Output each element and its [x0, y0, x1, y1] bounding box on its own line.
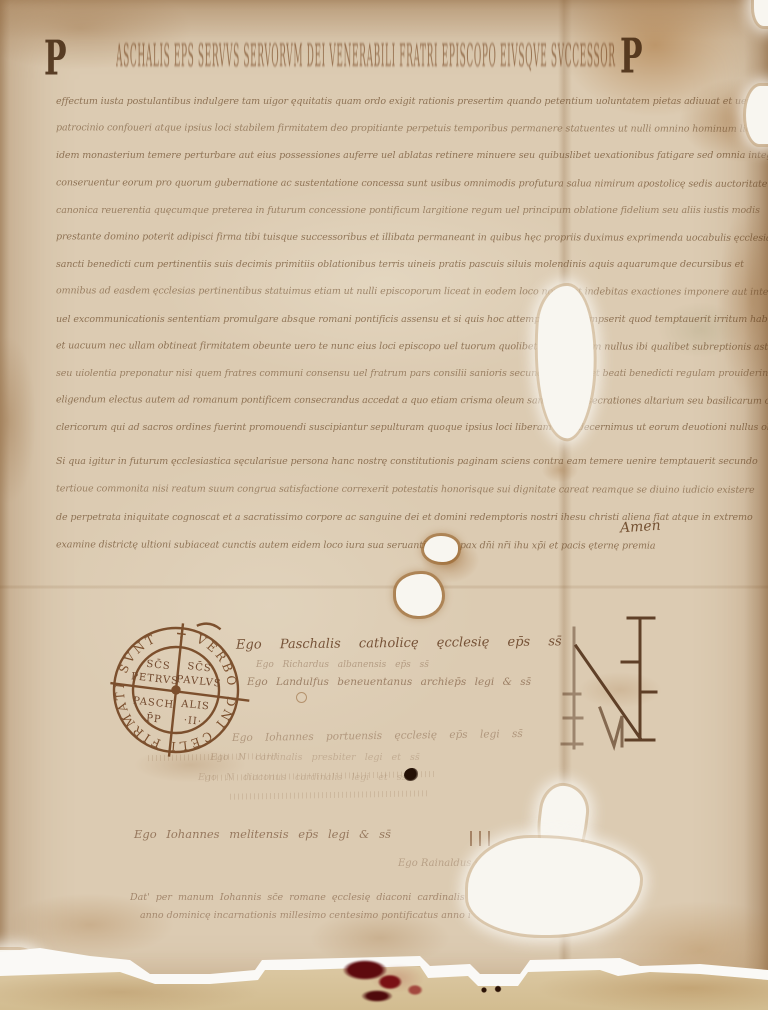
- manuscript-line: eligendum electus autem ad romanum ponti…: [56, 386, 706, 415]
- manuscript-line: Si qua igitur in futurum ęcclesiastica s…: [56, 448, 706, 476]
- monogram-small-strokes: [600, 708, 622, 746]
- subscription-line: Ego Rainaldus ss̄: [398, 858, 485, 869]
- manuscript-line: canonica reuerentia quęcumque preterea i…: [56, 197, 706, 224]
- datum-line: anno dominicę incarnationis millesimo ce…: [140, 910, 470, 921]
- rota-quadrant-bl-top: PASCH: [132, 696, 174, 711]
- rota-quadrant-bl-bottom: P̄P: [146, 712, 163, 725]
- parchment-hole: [424, 536, 458, 562]
- rota-wheel: ✛ VERBO DNI CELI FIRMATI SVNT SC̄S PETRV…: [100, 614, 252, 766]
- benevalete-monogram: [556, 598, 668, 774]
- manuscript-line: seu uiolentia preponatur nisi quem fratr…: [56, 360, 706, 387]
- manuscript-line: clericorum qui ad sacros ordines fuerint…: [56, 414, 706, 441]
- body-text-block-1: effectum iusta postulantibus indulgere t…: [56, 88, 706, 441]
- manuscript-line: patrocinio confoueri atque ipsius loci s…: [56, 115, 706, 144]
- rota-quadrant-tl-top: SC̄S: [146, 658, 171, 672]
- manuscript-line: uel excommunicationis sententiam promulg…: [56, 306, 706, 333]
- monogram-left-stem: [562, 628, 582, 748]
- edge-tear-notch: [746, 86, 768, 144]
- small-ring-mark: [296, 692, 307, 703]
- manuscript-line: de perpetrata iniquitate cognoscat et a …: [56, 504, 706, 532]
- initial-letter-p-left: P: [44, 36, 67, 84]
- manuscript-line: tertioue commonita nisi reatum suum cong…: [56, 475, 706, 504]
- manuscript-line: prestante domino poterit adipisci firma …: [56, 223, 706, 252]
- red-seal-stain: [335, 952, 445, 1007]
- rota-quadrant-tl-bottom: PETRVS: [131, 671, 180, 687]
- rota-quadrant-br-bottom: ·II·: [183, 715, 202, 728]
- manuscript-line: idem monasterium temere perturbare aut e…: [56, 142, 706, 169]
- rota-center-dot: [172, 686, 180, 694]
- manuscript-line: omnibus ad easdem ęcclesias pertinentibu…: [56, 278, 706, 307]
- manuscript-line: sancti benedicti cum pertinentiis suis d…: [56, 251, 706, 278]
- subscription-line: Ego Richardus albanensis ep̄s ss̄: [256, 660, 429, 670]
- manuscript-photo: P ASCHALIS EPS SERVVS SERVORVM DEI VENER…: [0, 0, 768, 1010]
- amen-word: Amen: [619, 518, 661, 537]
- rota-quadrant-tr-bottom: PAVLVS: [176, 674, 222, 690]
- ink-dots: [478, 984, 506, 996]
- body-text-block-sanction: Si qua igitur in futurum ęcclesiastica s…: [56, 448, 706, 560]
- initial-letter-p-right: P: [620, 34, 643, 82]
- triple-tick-mark: [470, 831, 496, 846]
- subscription-line: Ego Iohannes melitensis ep̄s legi & ss̄: [134, 827, 391, 841]
- manuscript-line: effectum iusta postulantibus indulgere t…: [56, 88, 706, 115]
- manuscript-line: examine districtę ultioni subiaceat cunc…: [56, 531, 706, 560]
- manuscript-line: conseruentur eorum pro quorum gubernatio…: [56, 169, 706, 198]
- monogram-diagonal: [576, 646, 640, 738]
- rota-quadrant-br-top: ALIS: [180, 699, 211, 713]
- rota-flourish: [197, 623, 221, 630]
- subscription-line: Ego Landulfus beneuentanus archiep̄s leg…: [247, 676, 531, 688]
- parchment-hole: [396, 574, 442, 616]
- rota-quadrant-tr-top: SC̄S: [187, 660, 212, 674]
- manuscript-line: et uacuum nec ullam obtineat firmitatem …: [56, 332, 706, 361]
